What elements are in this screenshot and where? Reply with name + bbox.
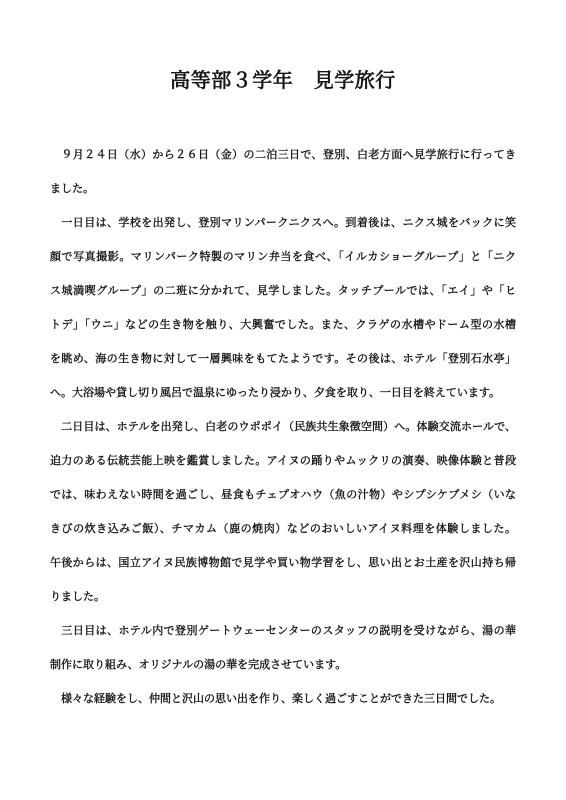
document-body: ９月２４日（水）から２６日（金）の二泊三日で、登別、白老方面へ見学旅行に行ってき… [50,138,516,716]
body-line: 二日目は、ホテルを出発し、白老のウポポイ（民族共生象徴空間）へ。体験交流ホールで… [50,410,516,444]
body-line: では、味わえない時間を過ごし、昼食もチェプオハウ（魚の汁物）やシプシケプメシ（い… [50,478,516,512]
body-line: 午後からは、国立アイヌ民族博物館で見学や買い物学習をし、思い出とお土産を沢山持ち… [50,546,516,580]
document-page: 高等部３学年 見学旅行 ９月２４日（水）から２６日（金）の二泊三日で、登別、白老… [0,0,566,800]
body-line: きびの炊き込みご飯）、チマカム（鹿の焼肉）などのおいしいアイヌ料理を体験しました… [50,512,516,546]
body-line: トデ」「ウニ」などの生き物を触り、大興奮でした。また、クラゲの水槽やドーム型の水… [50,308,516,342]
body-line: 制作に取り組み、オリジナルの湯の華を完成させています。 [50,648,516,682]
body-line: 顔で写真撮影。マリンパーク特製のマリン弁当を食べ、「イルカショーグループ」と「ニ… [50,240,516,274]
body-line: 一日目は、学校を出発し、登別マリンパークニクスへ。到着後は、ニクス城をバックに笑 [50,206,516,240]
body-line: 三日目は、ホテル内で登別ゲートウェーセンターのスタッフの説明を受けながら、湯の華 [50,614,516,648]
body-line: を眺め、海の生き物に対して一層興味をもてたようです。その後は、ホテル「登別石水亭… [50,342,516,376]
body-line: 様々な経験をし、仲間と沢山の思い出を作り、楽しく過ごすことができた三日間でした。 [50,682,516,716]
page-title: 高等部３学年 見学旅行 [0,66,566,96]
body-line: へ。大浴場や貸し切り風呂で温泉にゆったり浸かり、夕食を取り、一日目を終えています… [50,376,516,410]
body-line: 迫力のある伝統芸能上映を鑑賞しました。アイヌの踊りやムックリの演奏、映像体験と普… [50,444,516,478]
body-line: りました。 [50,580,516,614]
body-line: ス城満喫グループ」の二班に分かれて、見学しました。タッチプールでは、「エイ」や「… [50,274,516,308]
body-line: ９月２４日（水）から２６日（金）の二泊三日で、登別、白老方面へ見学旅行に行ってき [50,138,516,172]
body-line: ました。 [50,172,516,206]
